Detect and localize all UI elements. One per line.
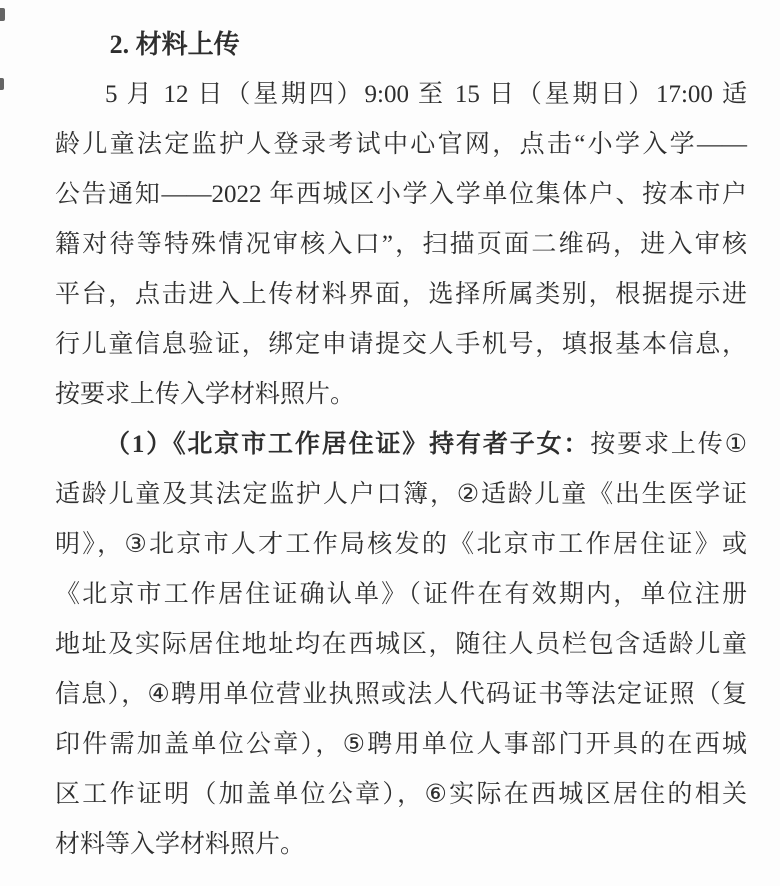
text-line: 地址及实际居住地址均在西城区，随往人员栏包含适龄儿童 xyxy=(55,620,747,670)
text-segment: 信息），④聘用单位营业执照或法人代码证书等法定证照（复 xyxy=(55,681,747,708)
text-segment: 龄儿童法定监护人登录考试中心官网，点击“小学入学—— xyxy=(55,131,747,158)
text-segment: 《北京市工作居住证确认单》（证件在有效期内，单位注册 xyxy=(55,581,747,608)
bold-text-segment: 2. 材料上传 xyxy=(110,30,240,59)
text-line: 平台，点击进入上传材料界面，选择所属类别，根据提示进 xyxy=(55,270,747,320)
text-line: 区工作证明（加盖单位公章），⑥实际在西城区居住的相关 xyxy=(55,770,747,820)
document-page: 2. 材料上传5 月 12 日（星期四）9:00 至 15 日（星期日）17:0… xyxy=(0,0,780,886)
text-segment: 按要求上传① xyxy=(590,431,747,458)
text-segment: 区工作证明（加盖单位公章），⑥实际在西城区居住的相关 xyxy=(55,781,747,808)
text-line: 行儿童信息验证，绑定申请提交人手机号，填报基本信息， xyxy=(55,320,747,370)
text-line: 明》，③北京市人才工作局核发的《北京市工作居住证》或 xyxy=(55,520,747,570)
text-line: 5 月 12 日（星期四）9:00 至 15 日（星期日）17:00 适 xyxy=(55,70,747,120)
scan-artifact xyxy=(0,78,4,90)
text-line: 公告通知——2022 年西城区小学入学单位集体户、按本市户 xyxy=(55,170,747,220)
text-line: 籍对待等特殊情况审核入口”，扫描页面二维码，进入审核 xyxy=(55,220,747,270)
text-segment: 按要求上传入学材料照片。 xyxy=(55,381,355,408)
text-line: （1）《北京市工作居住证》持有者子女：按要求上传① xyxy=(55,420,747,470)
text-line: 印件需加盖单位公章），⑤聘用单位人事部门开具的在西城 xyxy=(55,720,747,770)
section-heading: 2. 材料上传 xyxy=(55,20,747,70)
text-segment: 行儿童信息验证，绑定申请提交人手机号，填报基本信息， xyxy=(55,331,747,358)
document-text: 2. 材料上传5 月 12 日（星期四）9:00 至 15 日（星期日）17:0… xyxy=(55,20,747,870)
scan-artifact xyxy=(0,8,5,21)
text-segment: 材料等入学材料照片。 xyxy=(55,831,305,858)
text-line: 材料等入学材料照片。 xyxy=(55,820,747,870)
text-segment: 明》，③北京市人才工作局核发的《北京市工作居住证》或 xyxy=(55,531,747,558)
text-line: 《北京市工作居住证确认单》（证件在有效期内，单位注册 xyxy=(55,570,747,620)
text-segment: 5 月 12 日（星期四）9:00 至 15 日（星期日）17:00 适 xyxy=(105,81,747,108)
bold-text-segment: （1）《北京市工作居住证》持有者子女： xyxy=(105,431,590,458)
text-segment: 适龄儿童及其法定监护人户口簿，②适龄儿童《出生医学证 xyxy=(55,481,747,508)
text-line: 按要求上传入学材料照片。 xyxy=(55,370,747,420)
text-segment: 平台，点击进入上传材料界面，选择所属类别，根据提示进 xyxy=(55,281,747,308)
text-segment: 地址及实际居住地址均在西城区，随往人员栏包含适龄儿童 xyxy=(55,631,747,658)
text-line: 适龄儿童及其法定监护人户口簿，②适龄儿童《出生医学证 xyxy=(55,470,747,520)
text-line: 信息），④聘用单位营业执照或法人代码证书等法定证照（复 xyxy=(55,670,747,720)
text-segment: 籍对待等特殊情况审核入口”，扫描页面二维码，进入审核 xyxy=(55,231,747,258)
text-line: 龄儿童法定监护人登录考试中心官网，点击“小学入学—— xyxy=(55,120,747,170)
text-segment: 印件需加盖单位公章），⑤聘用单位人事部门开具的在西城 xyxy=(55,731,747,758)
text-segment: 公告通知——2022 年西城区小学入学单位集体户、按本市户 xyxy=(55,181,747,208)
